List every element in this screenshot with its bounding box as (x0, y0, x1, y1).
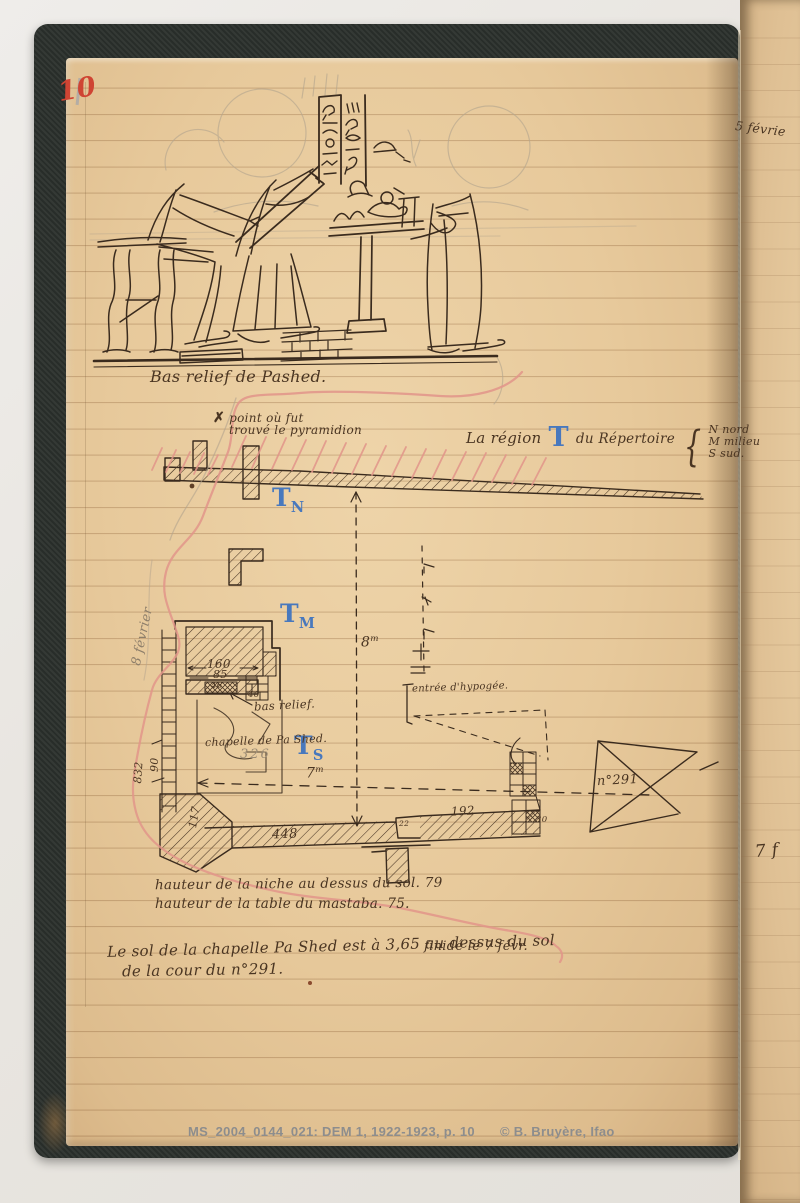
niche-height-note: hauteur de la niche au dessus du sol. 79 (155, 876, 443, 894)
floor-note-line2: de la cour du n°291. (122, 961, 284, 981)
dim-448: 448 (272, 828, 298, 844)
gutter-shadow (706, 58, 740, 1146)
dim-192: 192 (451, 804, 476, 819)
sector-label-TN: TN (272, 484, 304, 517)
tomb-291-label: n°291 (597, 773, 639, 790)
facing-ruled-lines (740, 0, 800, 1203)
relief-caption: Bas relief de Pashed. (150, 368, 326, 386)
dim-85: 85 (213, 669, 228, 682)
mastaba-height-note: hauteur de la table du mastaba. 75. (155, 897, 410, 913)
copyright-caption: © B. Bruyère, Ifao (500, 1124, 615, 1139)
brace: { (684, 423, 701, 471)
archive-id-caption: MS_2004_0144_021: DEM 1, 1922-1923, p. 1… (188, 1124, 475, 1139)
page-crease (85, 82, 86, 1007)
region-key-s: S sud. (709, 447, 745, 460)
scanned-notebook-photo: 10 Bas relief de Pashed. ✗ point où fut … (0, 0, 800, 1203)
page-edge-highlight (738, 30, 741, 1160)
region-key: N nord M milieu S sud. (709, 424, 761, 460)
region-before: La région (466, 430, 542, 447)
finished-note: finidé le 7 févr. (424, 940, 528, 955)
dim-832: 832 (132, 761, 146, 784)
ruled-lines (66, 58, 738, 1146)
region-after: du Répertoire (576, 432, 675, 448)
page-number: 10 (56, 71, 99, 108)
dim-8m: 8m (361, 634, 379, 651)
dim-22: 22 (399, 820, 409, 829)
dim-90: 90 (149, 757, 162, 772)
dim-7m: 7m (306, 765, 324, 782)
dim-46: 46 (211, 682, 222, 692)
notebook-page (66, 58, 738, 1146)
region-note: La région T du Répertoire { N nord M mil… (466, 430, 760, 461)
dim-30: 30 (536, 816, 547, 826)
sector-label-TM: TM (280, 600, 315, 633)
pyramidion-note-line2: trouvé le pyramidion (229, 424, 362, 438)
chapel-number: 326 (240, 748, 271, 763)
region-letter-T: T (549, 428, 569, 448)
facing-page (740, 0, 800, 1203)
x-marker: ✗ (213, 410, 225, 426)
facing-page-date-bottom: 7 f (754, 841, 779, 863)
